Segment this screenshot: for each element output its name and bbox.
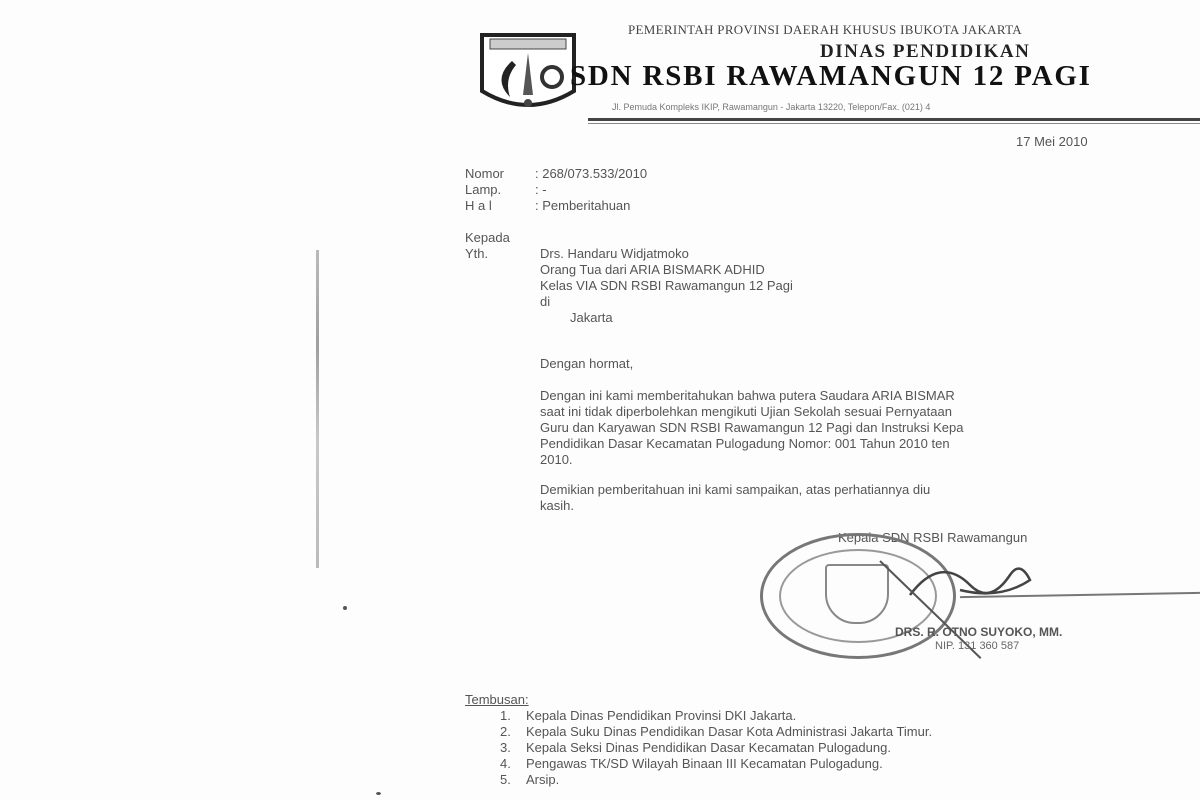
tembusan-title: Tembusan: xyxy=(465,692,529,707)
letter-closing: Demikian pemberitahuan ini kami sampaika… xyxy=(540,482,1200,514)
meta-label-hal: H a l xyxy=(465,198,492,213)
scan-speck xyxy=(376,792,381,795)
body-line: Dengan ini kami memberitahukan bahwa put… xyxy=(540,388,1200,404)
recipient-line: Kelas VIA SDN RSBI Rawamangun 12 Pagi xyxy=(540,278,793,293)
recipient-yth: Yth. xyxy=(465,246,488,261)
tembusan-number: 5. xyxy=(500,772,526,787)
tembusan-item: 3.Kepala Seksi Dinas Pendidikan Dasar Ke… xyxy=(500,740,891,755)
signatory-nip: NIP. 131 360 587 xyxy=(935,640,1019,652)
tembusan-item: 5.Arsip. xyxy=(500,772,559,787)
tembusan-number: 3. xyxy=(500,740,526,755)
tembusan-item: 2.Kepala Suku Dinas Pendidikan Dasar Kot… xyxy=(500,724,932,739)
letterhead-rule xyxy=(588,118,1200,121)
meta-value-nomor: : 268/073.533/2010 xyxy=(535,166,647,181)
scan-speck xyxy=(343,606,347,610)
tembusan-text: Kepala Seksi Dinas Pendidikan Dasar Keca… xyxy=(526,740,891,755)
tembusan-item: 4.Pengawas TK/SD Wilayah Binaan III Keca… xyxy=(500,756,883,771)
tembusan-text: Arsip. xyxy=(526,772,559,787)
salutation: Dengan hormat, xyxy=(540,356,633,371)
body-line: Pendidikan Dasar Kecamatan Pulogadung No… xyxy=(540,436,1200,452)
recipient-kepada: Kepada xyxy=(465,230,510,245)
recipient-line: Drs. Handaru Widjatmoko xyxy=(540,246,689,261)
stamp-emblem-icon xyxy=(825,564,889,624)
recipient-line: Orang Tua dari ARIA BISMARK ADHID xyxy=(540,262,765,277)
meta-label-lamp: Lamp. xyxy=(465,182,501,197)
body-line: 2010. xyxy=(540,452,1200,468)
meta-value-lamp: : - xyxy=(535,182,547,197)
letterhead-address: Jl. Pemuda Kompleks IKIP, Rawamangun - J… xyxy=(612,102,930,112)
recipient-city: Jakarta xyxy=(570,310,613,325)
jakarta-coat-of-arms-icon xyxy=(476,29,580,113)
closing-line: Demikian pemberitahuan ini kami sampaika… xyxy=(540,482,1200,498)
body-line: saat ini tidak diperbolehkan mengikuti U… xyxy=(540,404,1200,420)
tembusan-number: 2. xyxy=(500,724,526,739)
scan-edge-line xyxy=(316,250,319,568)
body-line: Guru dan Karyawan SDN RSBI Rawamangun 12… xyxy=(540,420,1200,436)
signature-scribble xyxy=(900,545,1040,615)
closing-line: kasih. xyxy=(540,498,1200,514)
recipient-line: di xyxy=(540,294,550,309)
signatory-name: DRS. R. OTNO SUYOKO, MM. xyxy=(895,625,1062,639)
tembusan-text: Kepala Dinas Pendidikan Provinsi DKI Jak… xyxy=(526,708,796,723)
tembusan-number: 4. xyxy=(500,756,526,771)
tembusan-text: Pengawas TK/SD Wilayah Binaan III Kecama… xyxy=(526,756,883,771)
letterhead-rule-thin xyxy=(588,123,1200,124)
letter-body: Dengan ini kami memberitahukan bahwa put… xyxy=(540,388,1200,468)
letterhead-government: PEMERINTAH PROVINSI DAERAH KHUSUS IBUKOT… xyxy=(628,22,1022,38)
meta-value-hal: : Pemberitahuan xyxy=(535,198,630,213)
tembusan-item: 1.Kepala Dinas Pendidikan Provinsi DKI J… xyxy=(500,708,796,723)
letter-date: 17 Mei 2010 xyxy=(1016,134,1088,149)
tembusan-text: Kepala Suku Dinas Pendidikan Dasar Kota … xyxy=(526,724,932,739)
tembusan-number: 1. xyxy=(500,708,526,723)
letterhead-school: SDN RSBI RAWAMANGUN 12 PAGI xyxy=(570,60,1092,93)
meta-label-nomor: Nomor xyxy=(465,166,504,181)
